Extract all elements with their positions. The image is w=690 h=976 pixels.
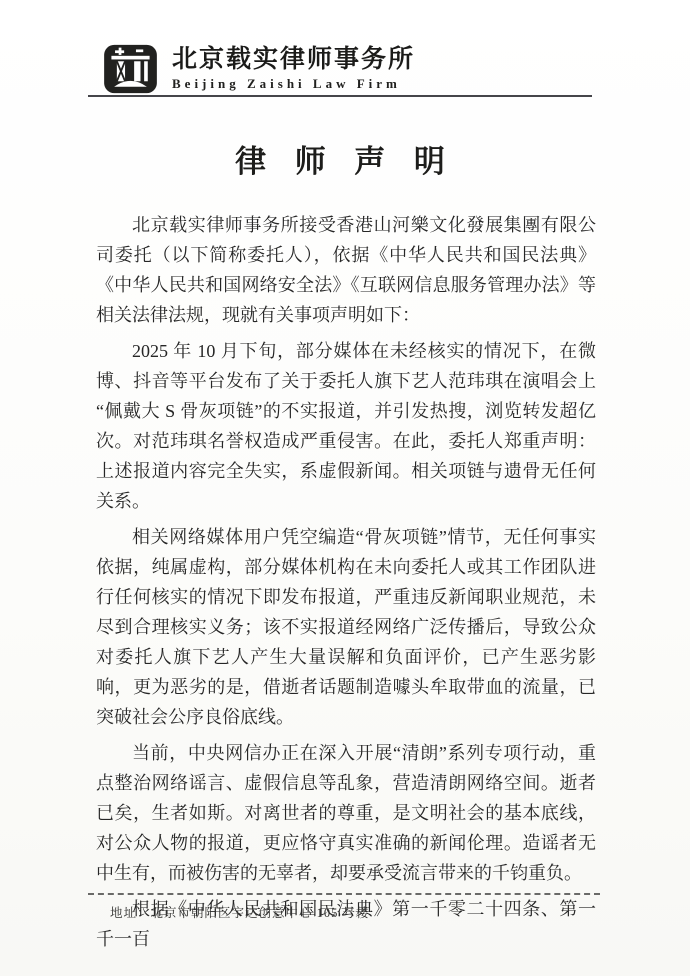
address-line: 地址：北京市朝阳区宇达创意中心 105 号楼 [88, 903, 600, 921]
footer-divider [88, 893, 600, 895]
firm-names: 北京载实律师事务所 Beijing Zaishi Law Firm [172, 46, 415, 93]
document-page: 北京载实律师事务所 Beijing Zaishi Law Firm 律 师 声 … [0, 0, 690, 976]
letterhead: 北京载实律师事务所 Beijing Zaishi Law Firm [103, 44, 415, 94]
paragraph-context: 当前，中央网信办正在深入开展“清朗”系列专项行动，重点整治网络谣言、虚假信息等乱… [96, 738, 596, 888]
paragraph-intro: 北京载实律师事务所接受香港山河樂文化發展集團有限公司委托（以下简称委托人），依据… [96, 210, 596, 330]
document-body: 北京载实律师事务所接受香港山河樂文化發展集團有限公司委托（以下简称委托人），依据… [96, 210, 596, 960]
firm-name: 北京载实律师事务所 [172, 46, 415, 74]
firm-logo-icon [103, 44, 158, 94]
paragraph-incident: 2025 年 10 月下旬，部分媒体在未经核实的情况下，在微博、抖音等平台发布了… [96, 336, 596, 516]
letterhead-divider [88, 95, 592, 97]
firm-name-en: Beijing Zaishi Law Firm [172, 76, 415, 92]
paragraph-accusation: 相关网络媒体用户凭空编造“骨灰项链”情节，无任何事实依据，纯属虚构，部分媒体机构… [96, 522, 596, 732]
document-title: 律 师 声 明 [0, 136, 690, 181]
page-footer: 地址：北京市朝阳区宇达创意中心 105 号楼 [88, 893, 600, 921]
